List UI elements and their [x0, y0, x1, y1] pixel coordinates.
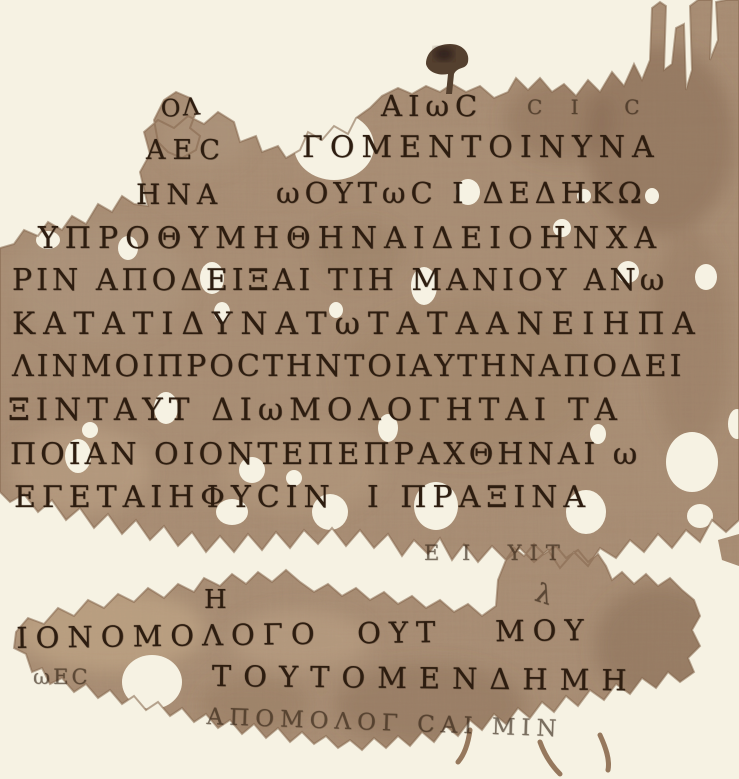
papyrus-text-line: ΚΑΤΑΤΙΔΥΝΑΤωΤΑΤΑΑΝΕΙΗΠΑ — [12, 309, 703, 340]
papyrus-text-line: ΞΙΝΤΑΥΤ ΔΙωΜΟΛΟΓΗΤΑΙ ΤΑ — [8, 395, 623, 426]
papyrus-text-line: ΥΠΡΟΘΥΜΗΘΗΝΑΙΔΕΙΟΗΝΧΑ — [38, 224, 663, 254]
papyrus-text-line: ωΕC — [33, 667, 91, 688]
papyrus-text-line: ΓΟΜΕΝΤΟΙΝΥΝΑ — [302, 133, 661, 163]
papyrus-text-line: ΠΟΙΑΝ ΟΙΟΝΤΕΠΕΠΡΑΧΘΗΝΑΙ ω — [10, 440, 641, 470]
papyrus-text-line: ΛΙΝΜΟΙΠΡΟCΤΗΝΤΟΙΑΥΤΗΝΑΠΟΔΕΙ — [12, 352, 684, 382]
papyrus-scan: ΟΛ ΑΙωC C Ι C ΑΕC ΓΟΜΕΝΤΟΙΝΥΝΑ ΗΝΑ ωΟΥΤω… — [0, 0, 739, 779]
papyrus-text-line: ΟΛ — [160, 94, 203, 121]
papyrus-text-line: ΑΕC — [146, 137, 227, 164]
papyrus-text-line: ωΟΥΤωC Ι ΔΕΔΗΚΩ — [276, 179, 647, 208]
papyrus-text-line: ΙΟΝΟΜΟΛΟΓΟ ΟΥΤ ΜΟΥ — [16, 616, 592, 653]
papyrus-text-line: ΑΙωC — [381, 92, 483, 121]
papyrus-text-line: ΕΓΕΤΑΙΗΦΥCΙΝ Ι ΠΡΑΞΙΝΑ — [14, 483, 591, 513]
papyrus-text-line: ΤΟΥΤΟΜΕΝΔΗΜΗ — [212, 662, 639, 695]
papyrus-text-line: Ε Ι ΥΙΤ — [424, 543, 568, 564]
papyrus-text-line: ΡΙΝ ΑΠΟΔΕΙΞΑΙ ΤΙΗ ΜΑΝΙΟΥ ΑΝω — [12, 266, 668, 296]
papyrus-text-line: ΗΝΑ — [136, 181, 223, 209]
papyrus-text-line: Η — [204, 587, 227, 613]
papyrus-text-line: C Ι C — [527, 97, 651, 117]
